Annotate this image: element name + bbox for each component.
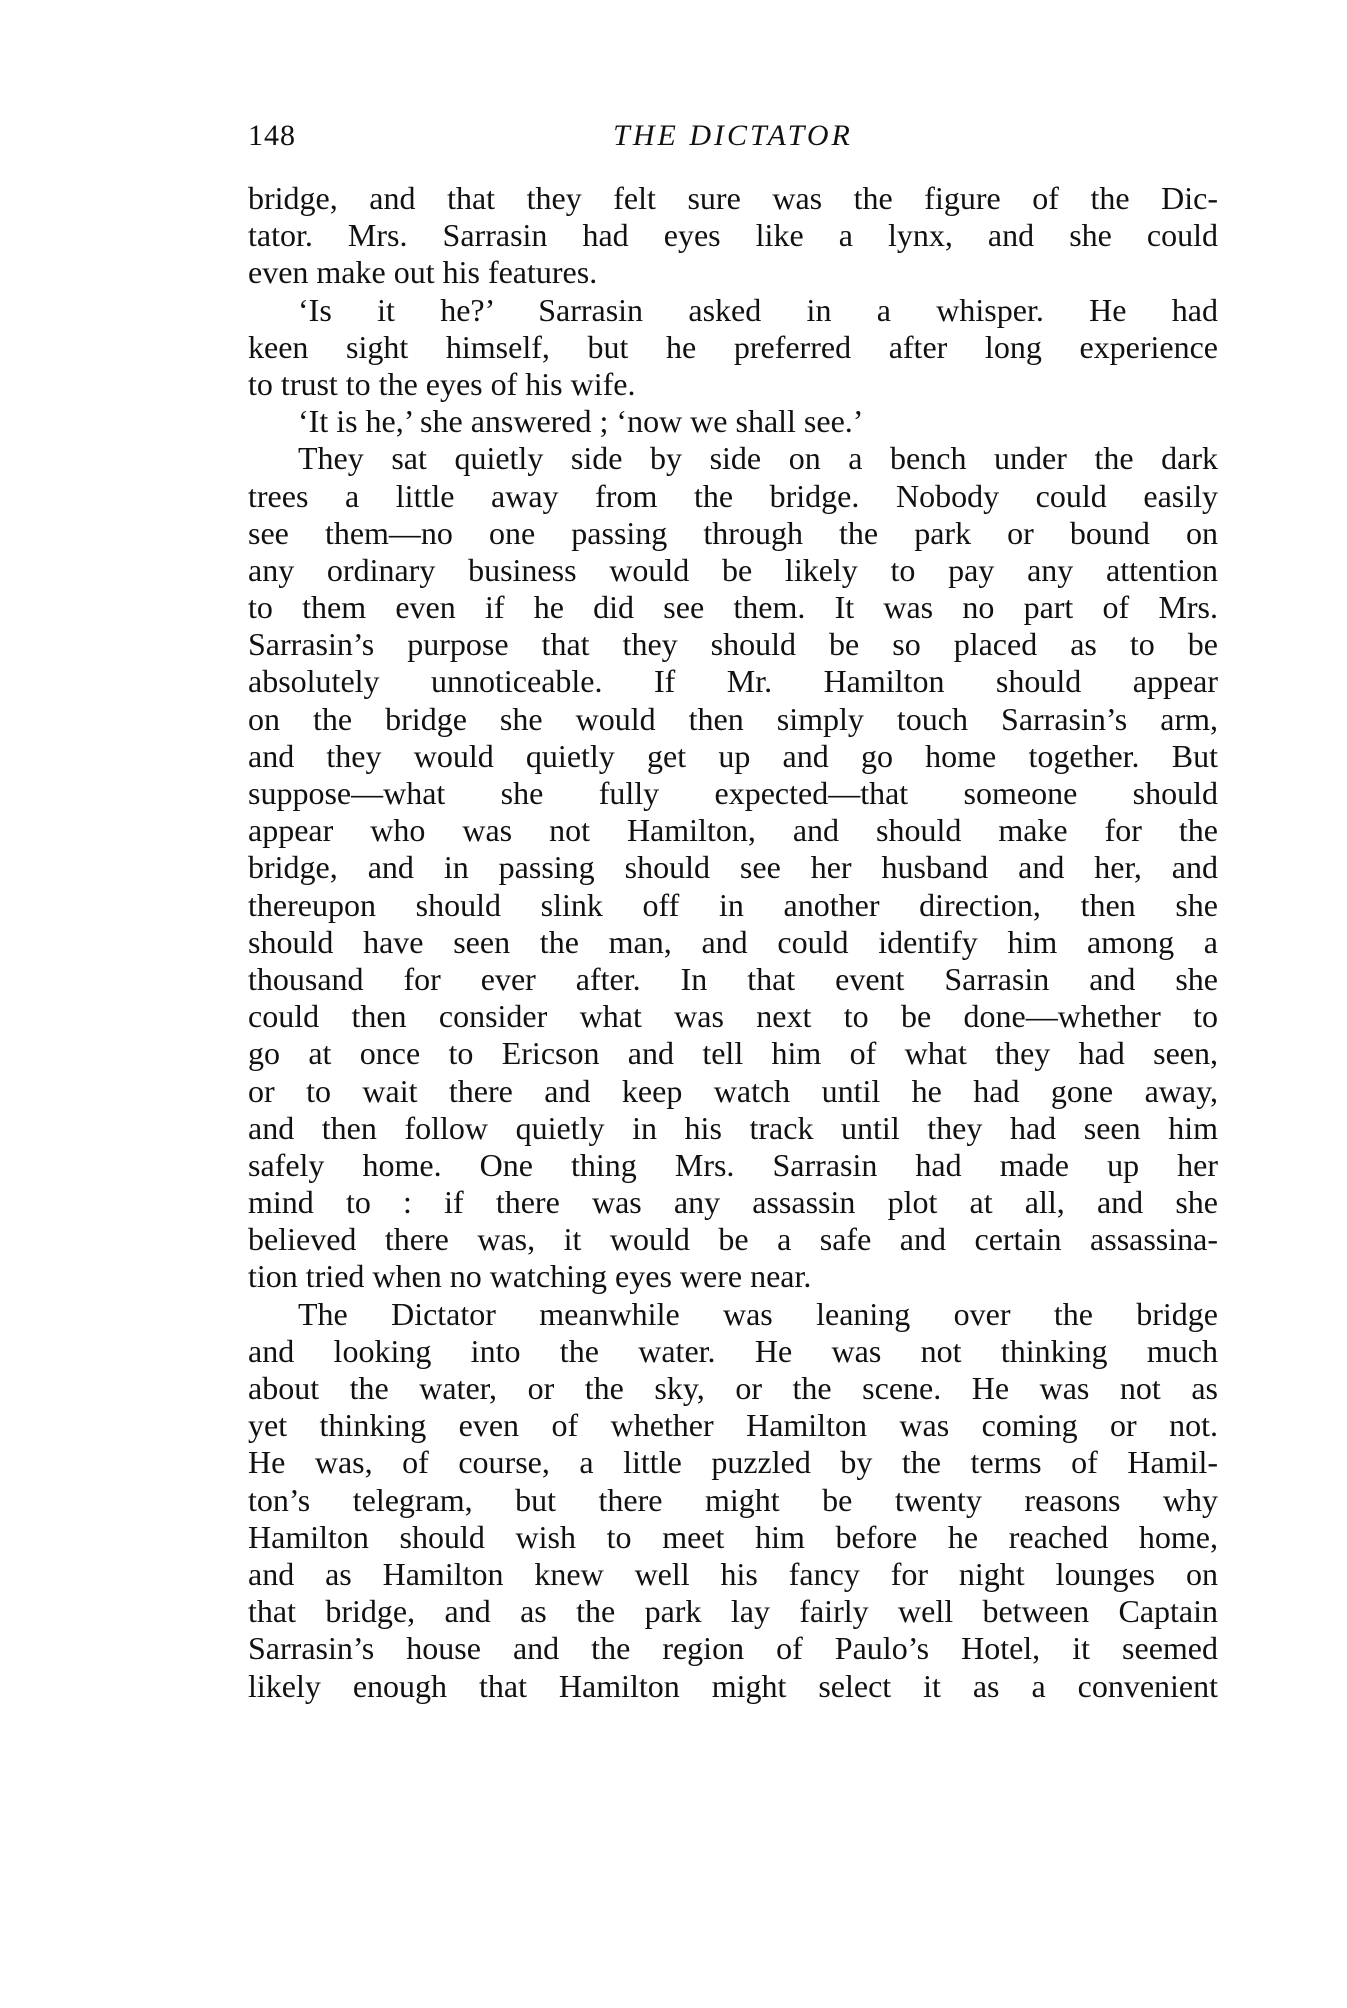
text-line: thereupon should slink off in another di… [248,887,1218,924]
text-line: any ordinary business would be likely to… [248,552,1218,589]
text-line: safely home. One thing Mrs. Sarrasin had… [248,1147,1218,1184]
text-line: bridge, and in passing should see her hu… [248,849,1218,886]
running-title: THE DICTATOR [248,112,1218,160]
text-line: on the bridge she would then simply touc… [248,701,1218,738]
text-line: and they would quietly get up and go hom… [248,738,1218,775]
text-line: tion tried when no watching eyes were ne… [248,1258,1218,1295]
text-line: trees a little away from the bridge. Nob… [248,478,1218,515]
text-line: likely enough that Hamilton might select… [248,1668,1218,1705]
text-line: tator. Mrs. Sarrasin had eyes like a lyn… [248,217,1218,254]
text-line: or to wait there and keep watch until he… [248,1073,1218,1110]
text-line: They sat quietly side by side on a bench… [248,440,1218,477]
text-line: Sarrasin’s purpose that they should be s… [248,626,1218,663]
text-line: Hamilton should wish to meet him before … [248,1519,1218,1556]
text-line: ton’s telegram, but there might be twent… [248,1482,1218,1519]
text-line: appear who was not Hamilton, and should … [248,812,1218,849]
text-line: ‘It is he,’ she answered ; ‘now we shall… [248,403,1218,440]
text-line: He was, of course, a little puzzled by t… [248,1444,1218,1481]
text-line: and as Hamilton knew well his fancy for … [248,1556,1218,1593]
text-line: Sarrasin’s house and the region of Paulo… [248,1630,1218,1667]
book-page: 148 THE DICTATOR bridge, and that they f… [248,112,1218,1705]
text-line: The Dictator meanwhile was leaning over … [248,1296,1218,1333]
text-line: to them even if he did see them. It was … [248,589,1218,626]
text-line: could then consider what was next to be … [248,998,1218,1035]
text-line: that bridge, and as the park lay fairly … [248,1593,1218,1630]
text-line: yet thinking even of whether Hamilton wa… [248,1407,1218,1444]
text-line: to trust to the eyes of his wife. [248,366,1218,403]
text-line: go at once to Ericson and tell him of wh… [248,1035,1218,1072]
text-line: even make out his features. [248,254,1218,291]
body-text: bridge, and that they felt sure was the … [248,180,1218,1705]
text-line: absolutely unnoticeable. If Mr. Hamilton… [248,663,1218,700]
text-line: see them—no one passing through the park… [248,515,1218,552]
text-line: bridge, and that they felt sure was the … [248,180,1218,217]
text-line: keen sight himself, but he preferred aft… [248,329,1218,366]
text-line: and looking into the water. He was not t… [248,1333,1218,1370]
text-line: about the water, or the sky, or the scen… [248,1370,1218,1407]
text-line: suppose—what she fully expected—that som… [248,775,1218,812]
running-head: 148 THE DICTATOR [248,112,1218,160]
text-line: and then follow quietly in his track unt… [248,1110,1218,1147]
text-line: thousand for ever after. In that event S… [248,961,1218,998]
text-line: should have seen the man, and could iden… [248,924,1218,961]
text-line: believed there was, it would be a safe a… [248,1221,1218,1258]
text-line: ‘Is it he?’ Sarrasin asked in a whisper.… [248,292,1218,329]
text-line: mind to : if there was any assassin plot… [248,1184,1218,1221]
